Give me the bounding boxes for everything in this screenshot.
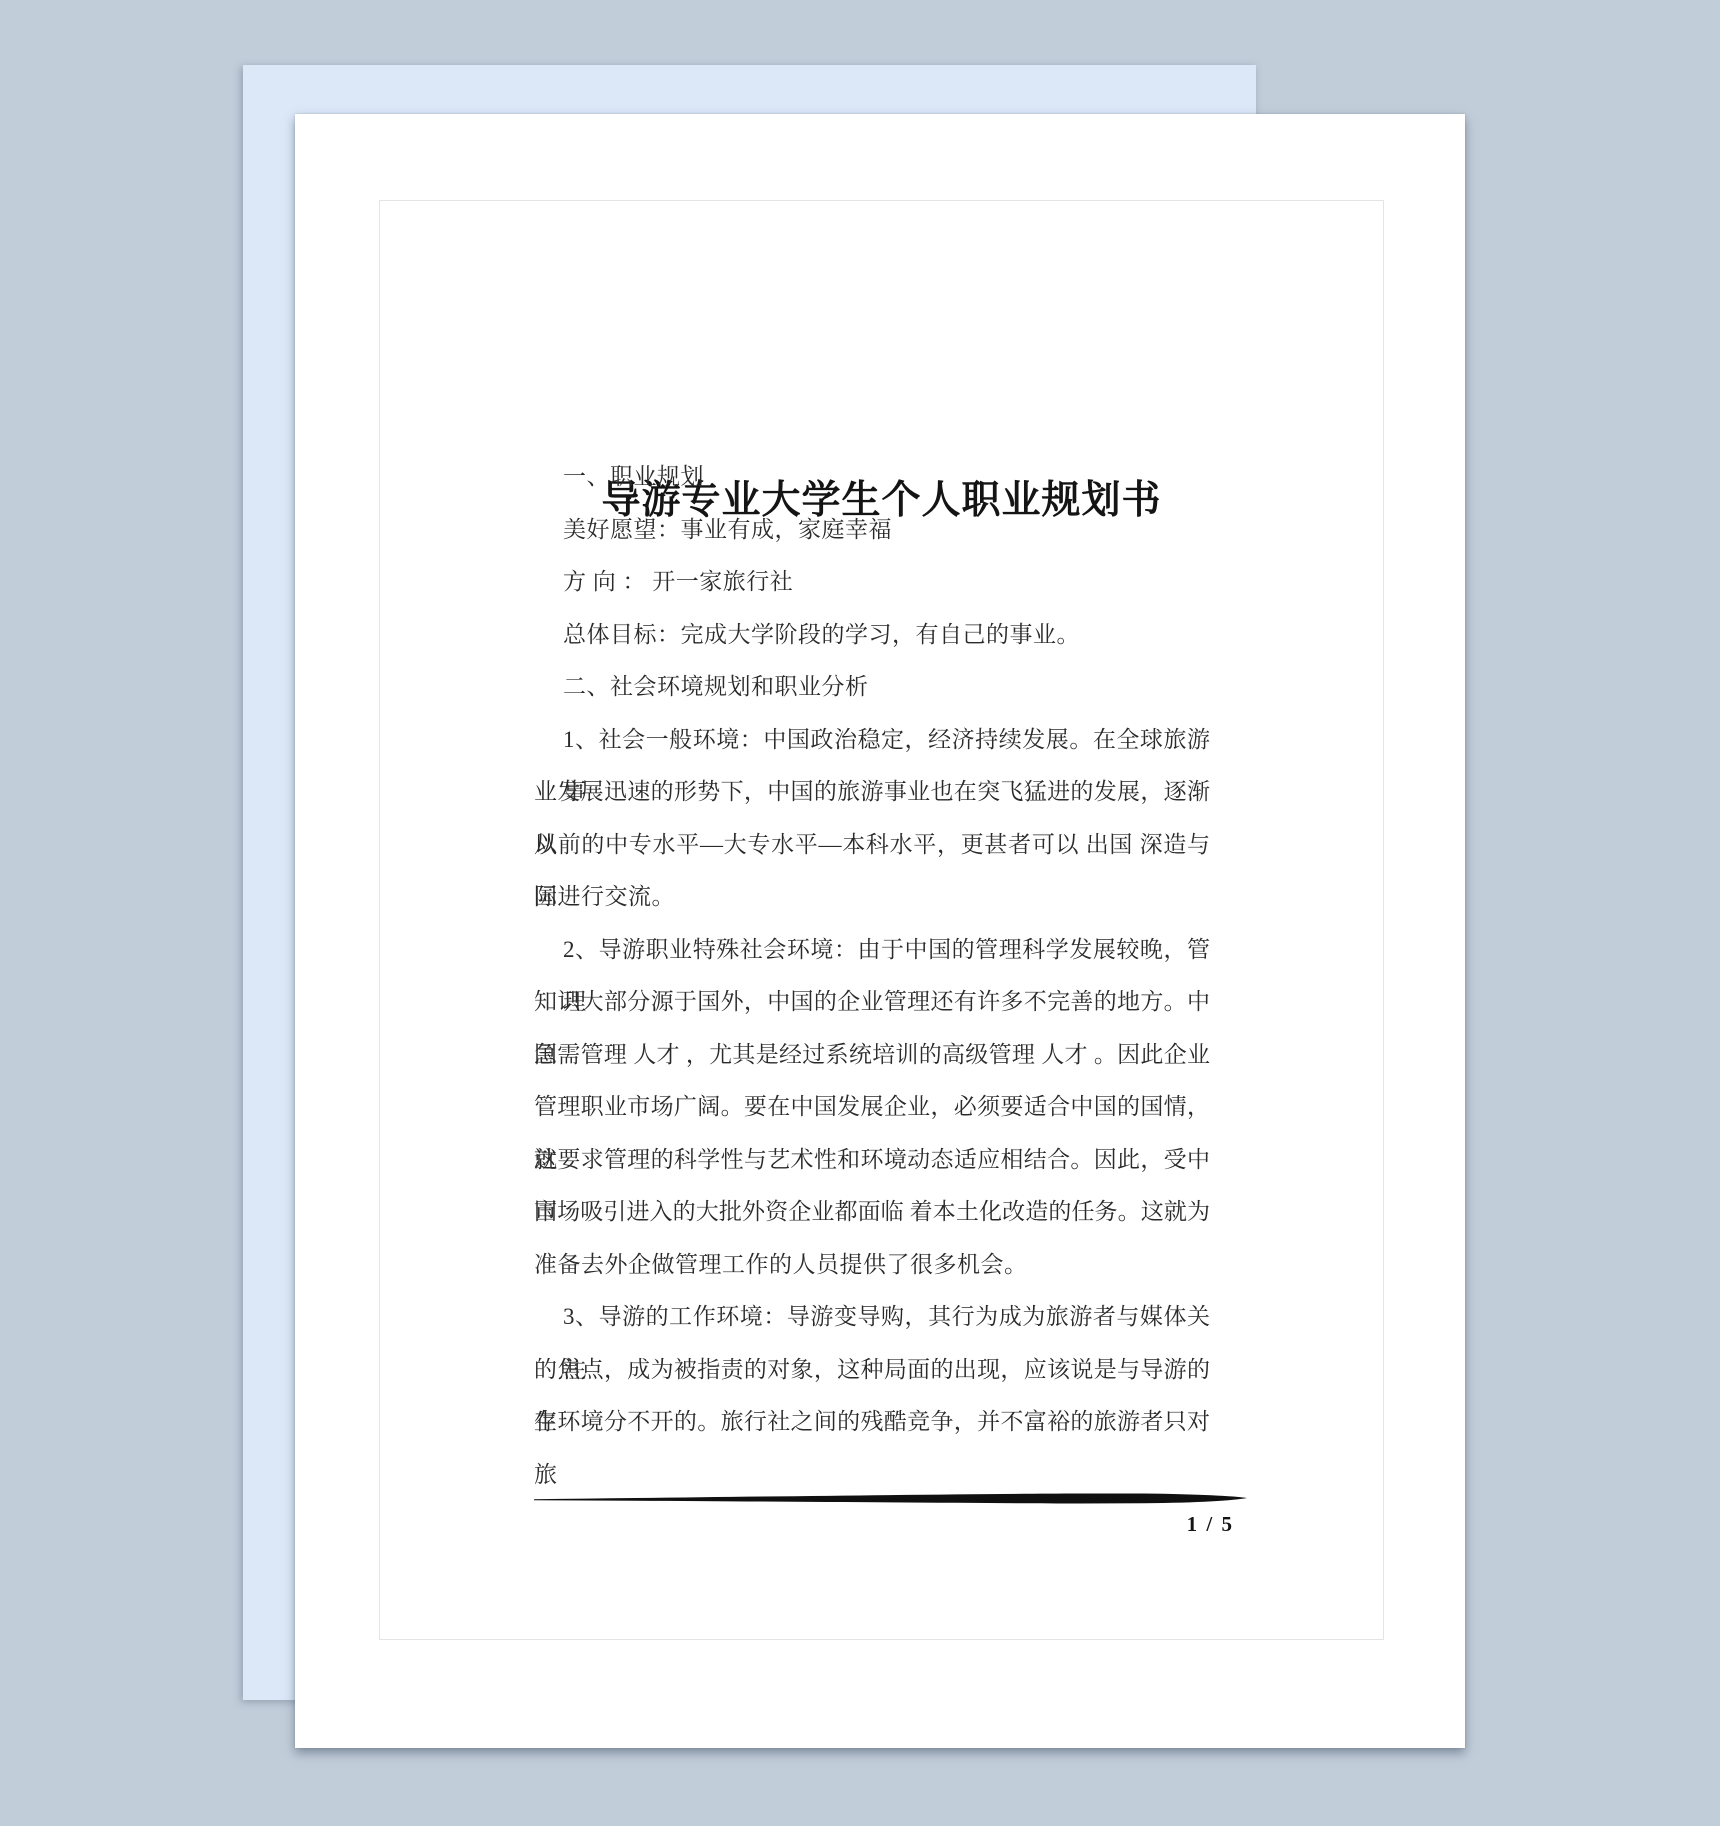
text-line: 际进行交流。	[534, 871, 1210, 924]
text-line: 1、社会一般环境：中国政治稳定，经济持续发展。在全球旅游事	[534, 714, 1210, 767]
text-line: 一、职业规划	[534, 451, 1210, 504]
footer-divider-line	[534, 1493, 1248, 1509]
text-line: 二、社会环境规划和职业分析	[534, 661, 1210, 714]
text-line: 存环境分不开的。旅行社之间的残酷竞争，并不富裕的旅游者只对旅	[534, 1396, 1210, 1449]
desk-background: 导游专业大学生个人职业规划书 一、职业规划美好愿望：事业有成，家庭幸福方 向 ：…	[0, 0, 1720, 1826]
document-page: 导游专业大学生个人职业规划书 一、职业规划美好愿望：事业有成，家庭幸福方 向 ：…	[295, 114, 1465, 1748]
text-line: 市场吸引进入的大批外资企业都面临 着本土化改造的任务。这就为	[534, 1186, 1210, 1239]
text-line: 业发展迅速的形势下，中国的旅游事业也在突飞猛进的发展，逐渐从	[534, 766, 1210, 819]
text-line: 方 向 ： 开一家旅行社	[534, 556, 1210, 609]
text-line: 管理职业市场广阔。要在中国发展企业，必须要适合中国的国情，这	[534, 1081, 1210, 1134]
text-line: 就要求管理的科学性与艺术性和环境动态适应相结合。因此，受中国	[534, 1134, 1210, 1187]
document-body: 一、职业规划美好愿望：事业有成，家庭幸福方 向 ： 开一家旅行社总体目标：完成大…	[534, 451, 1210, 1449]
page-number: 1 / 5	[934, 1512, 1234, 1537]
text-line: 2、导游职业特殊社会环境：由于中国的管理科学发展较晚，管理	[534, 924, 1210, 977]
text-line: 知识大部分源于国外，中国的企业管理还有许多不完善的地方。中国	[534, 976, 1210, 1029]
text-line: 以前的中专水平—大专水平—本科水平，更甚者可以 出国 深造与国	[534, 819, 1210, 872]
text-line: 3、导游的工作环境：导游变导购，其行为成为旅游者与媒体关注	[534, 1291, 1210, 1344]
text-line: 总体目标：完成大学阶段的学习，有自己的事业。	[534, 609, 1210, 662]
text-line: 的焦点，成为被指责的对象，这种局面的出现，应该说是与导游的生	[534, 1344, 1210, 1397]
text-line: 准备去外企做管理工作的人员提供了很多机会。	[534, 1239, 1210, 1292]
text-line: 急需管理 人才 ，尤其是经过系统培训的高级管理 人才 。因此企业	[534, 1029, 1210, 1082]
text-line: 美好愿望：事业有成，家庭幸福	[534, 504, 1210, 557]
